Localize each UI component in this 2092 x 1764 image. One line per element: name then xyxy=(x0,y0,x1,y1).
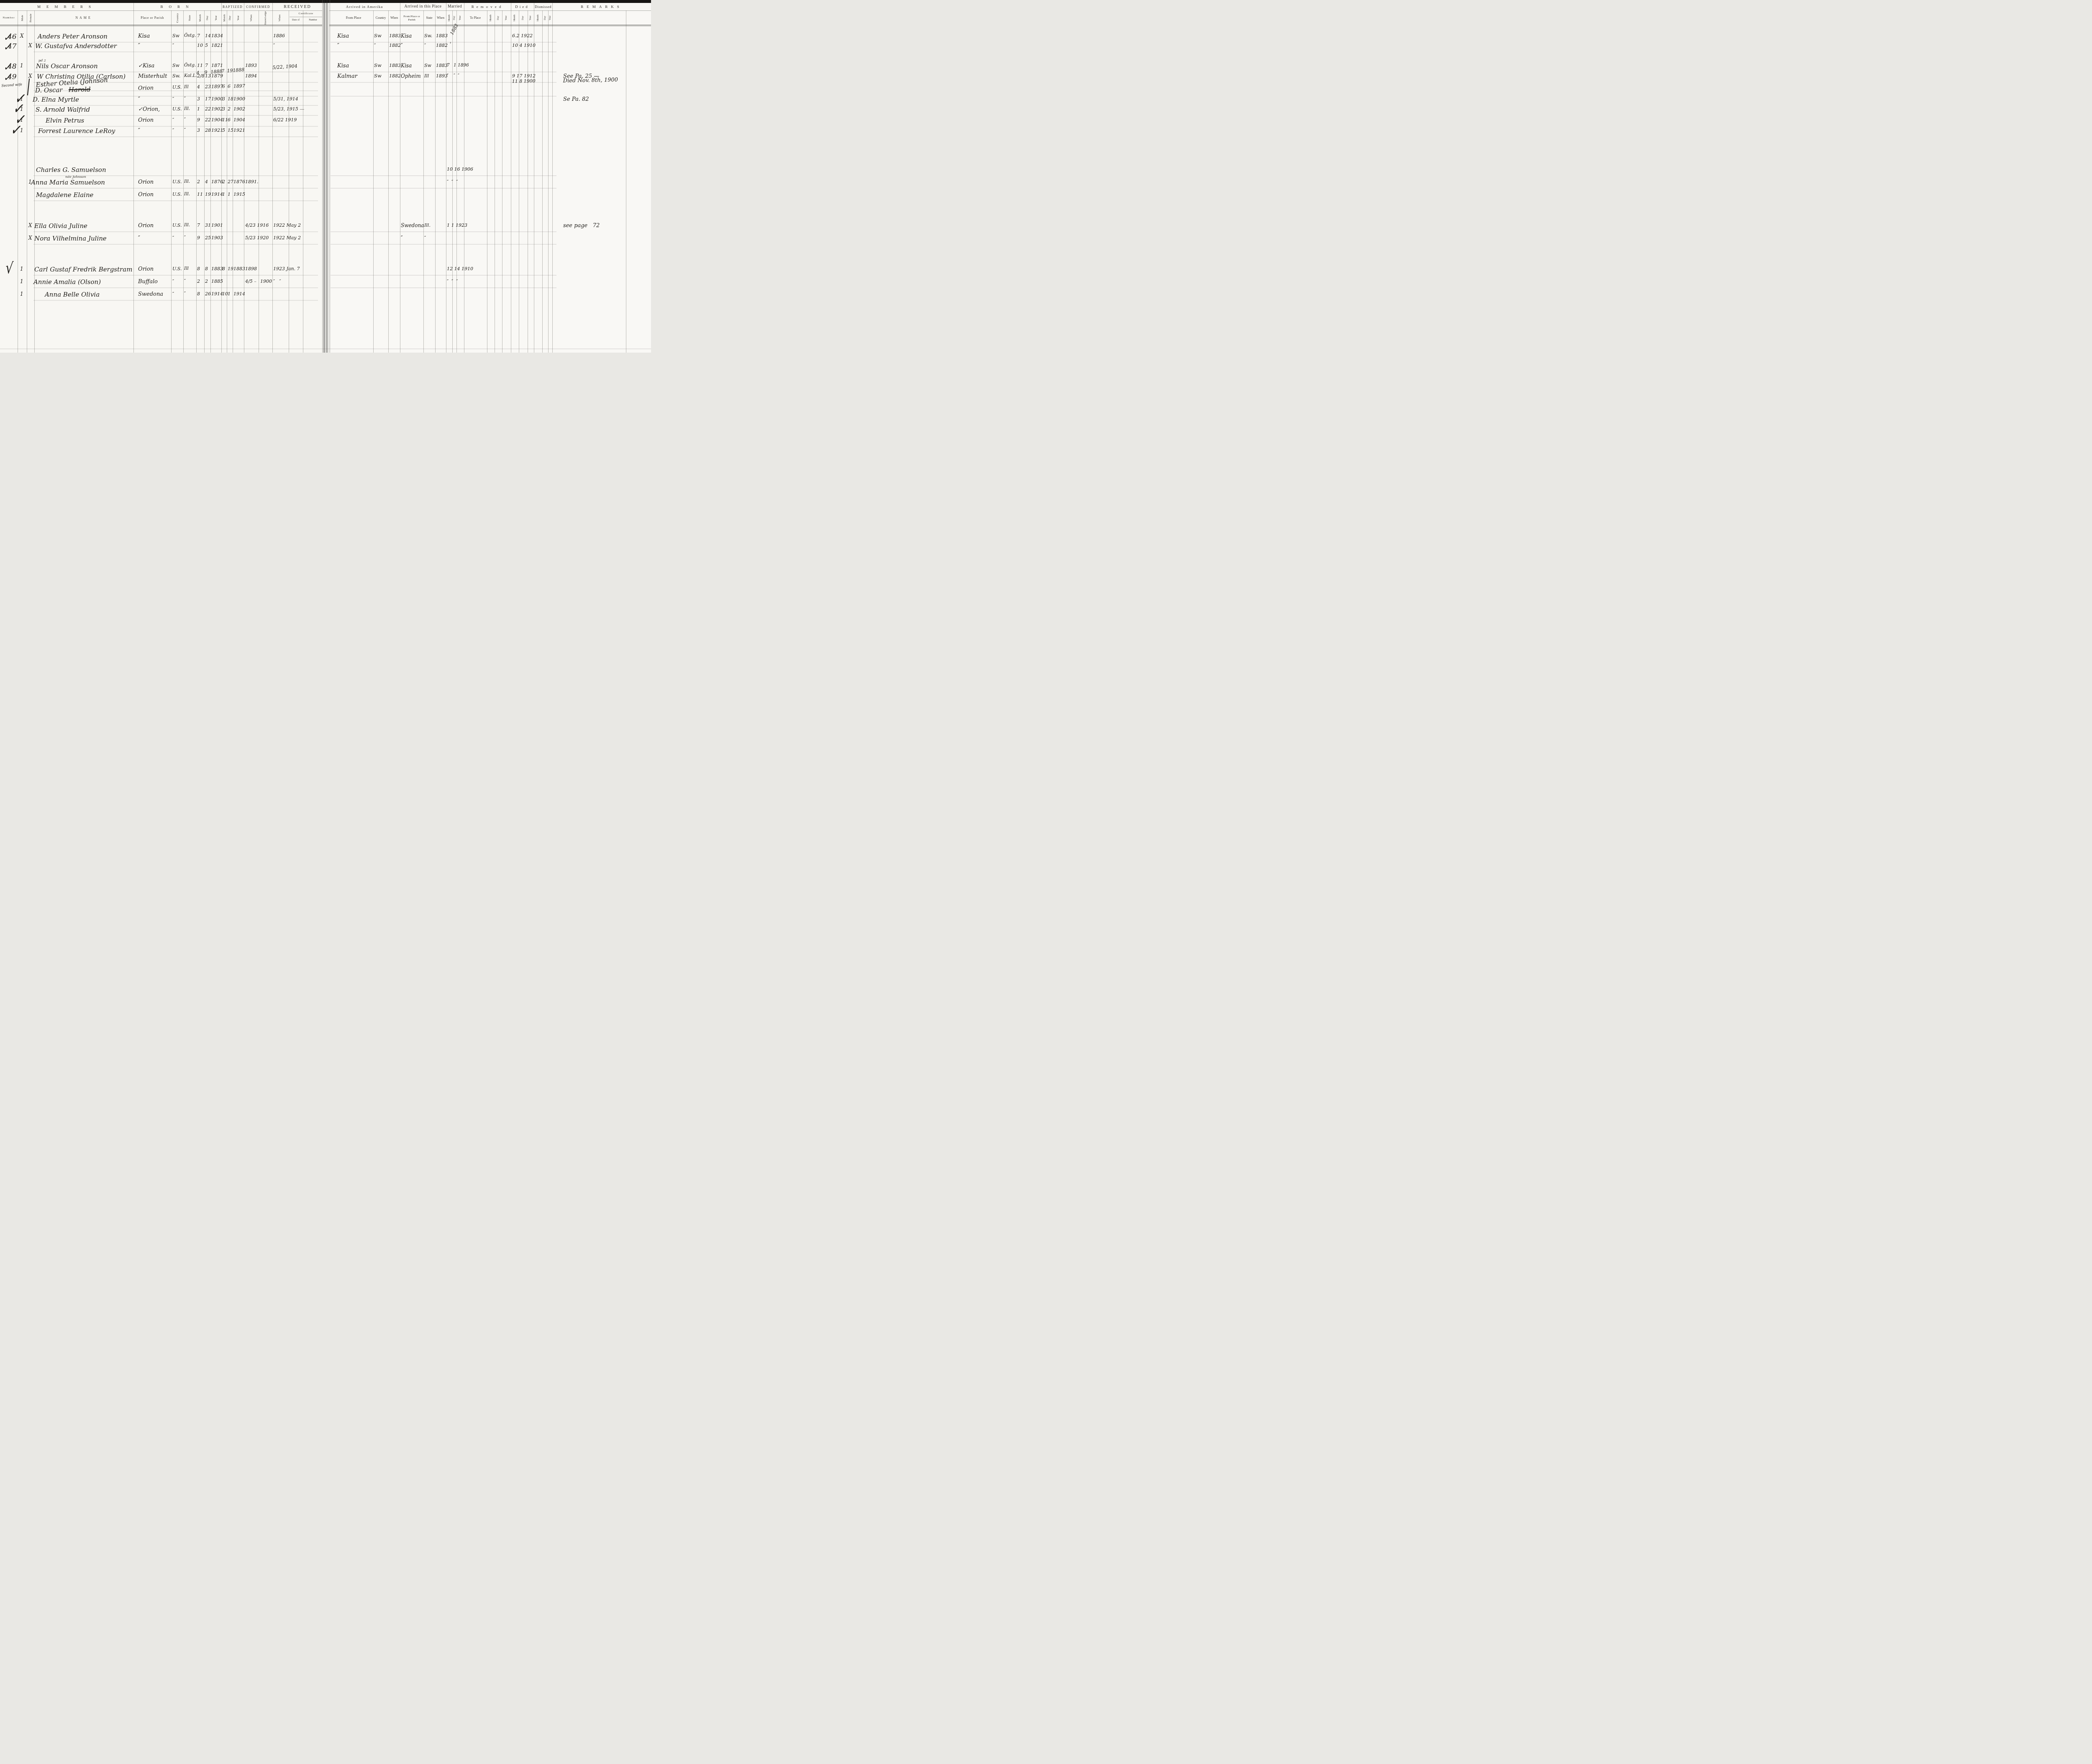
cell-name: S. Arnold Walfrid xyxy=(36,107,90,113)
cell-state: Ill. xyxy=(184,179,190,184)
cell-b_m: 4 xyxy=(197,84,200,89)
column-line xyxy=(511,3,511,10)
column-group-title: BORN xyxy=(160,5,194,9)
cell-country: Sw xyxy=(172,33,179,38)
column-header-day: Day xyxy=(522,16,524,20)
cell-conf_knowledge: 1900 xyxy=(260,279,272,284)
cell-b_y: 1902 xyxy=(211,107,223,111)
cell-remarks: Se Pa. 82 xyxy=(563,97,589,102)
cell-country: ″ xyxy=(172,279,174,284)
cell-country: U.S. xyxy=(172,85,182,90)
cell-state: ″ xyxy=(184,97,186,101)
cell-name: Anna Maria Samuelson xyxy=(31,179,105,186)
column-header-place: Place or Parish xyxy=(141,16,164,20)
cell-conf_when: 4/23 1916 xyxy=(245,223,269,228)
cell-name: Forrest Laurence LeRoy xyxy=(38,128,115,134)
cell-bp_m: 8 xyxy=(222,266,225,271)
column-header-year: Year xyxy=(215,15,218,20)
column-header-when: When xyxy=(249,15,253,22)
cell-check: √ xyxy=(5,260,14,277)
cell-female: X xyxy=(28,223,32,228)
cell-b_m: 8 xyxy=(197,292,200,296)
header-rule xyxy=(329,25,651,26)
cell-name: D. Elna Myrtle xyxy=(33,97,79,103)
cell-name: Nils Oscar Aronson xyxy=(36,63,98,69)
ledger-row: XElla Olivia JulineOrionU.S.Ill.73119014… xyxy=(0,223,651,233)
cell-country: ″ xyxy=(172,43,174,48)
column-header-year: Year xyxy=(529,15,532,20)
header-rule xyxy=(329,26,651,26)
cell-mar_m: ″ xyxy=(447,74,449,78)
cell-name: Ella Olivia Juline xyxy=(34,223,87,229)
cell-check: ✓ xyxy=(10,121,21,138)
column-header-female: Female xyxy=(29,14,32,23)
cell-bp_d: 27 xyxy=(228,179,233,184)
cell-mar_y: ″ xyxy=(458,74,459,78)
column-header-from_place: From Place xyxy=(346,16,361,20)
cell-male: 1 xyxy=(20,266,23,271)
cell-b_d: 2 xyxy=(205,279,208,284)
column-header-month: Month xyxy=(490,15,492,21)
cell-b_d: 4 xyxy=(205,179,208,184)
cell-male: X xyxy=(20,33,24,38)
cell-mar_full: 12 14 1910 xyxy=(447,266,473,271)
cell-am_from: Kisa xyxy=(337,33,349,39)
cell-am_when: 1883 xyxy=(389,33,401,38)
column-header-day: Day xyxy=(544,16,546,20)
ledger-row: √1Carl Gustaf Fredrik BergstramOrionU.S.… xyxy=(0,266,651,277)
ledger-row: XNora Vilhelmina Juline″″″92519035/23 19… xyxy=(0,236,651,246)
cell-place: Orion xyxy=(138,118,154,123)
cell-b_y: 1871 xyxy=(211,63,223,68)
cell-number: 48 xyxy=(8,63,17,70)
cell-conf_when: 4/5 – xyxy=(245,279,256,284)
column-header-month: Month xyxy=(199,14,202,21)
bottom-rule xyxy=(0,348,651,349)
cell-country: ″ xyxy=(172,118,174,122)
cell-rec_when: ″ xyxy=(273,43,275,48)
cell-b_d: 25 xyxy=(205,236,211,240)
cell-am_from: ″ xyxy=(337,43,339,49)
cell-pl_when: 1893 xyxy=(436,74,448,78)
cell-died: 11 8 1900 xyxy=(512,79,536,84)
cell-bp_y: 1888 xyxy=(233,67,245,73)
cell-pl_state: Ill xyxy=(424,74,429,78)
column-group-title: Arrived in this Place xyxy=(405,5,442,9)
cell-bp_y: 1900 xyxy=(233,97,245,101)
cell-name_super: née Johnson xyxy=(65,175,86,179)
cell-am_country: Sw xyxy=(374,33,382,38)
cell-state: ″ xyxy=(184,118,186,122)
column-header-day: Day xyxy=(497,16,500,20)
cell-b_d: 7 xyxy=(205,63,208,68)
column-group-title: MEMBERS xyxy=(37,5,97,9)
column-header-when: When xyxy=(437,16,444,20)
certificate-underline xyxy=(290,17,322,17)
cell-name: Annie Amalia (Olson) xyxy=(33,279,101,285)
column-line xyxy=(446,3,446,10)
cell-b_m: 1 xyxy=(197,107,200,111)
cell-state: Östg. xyxy=(184,63,196,68)
cell-rec_when: 1922 May 2 xyxy=(273,236,301,240)
cell-rec_when: 5/23, 1915 — xyxy=(273,107,304,111)
cell-place: ″ xyxy=(138,236,140,241)
column-header-month: Month xyxy=(513,15,516,21)
cell-state: Ill xyxy=(184,266,189,271)
cell-state: Ill xyxy=(184,85,189,90)
column-header-year: Year xyxy=(237,15,240,20)
cell-place: Orion xyxy=(138,179,154,185)
cell-state: Ill. xyxy=(184,192,190,197)
cell-mar_full: ″ ″ ″ xyxy=(447,279,458,284)
column-group-title: REMARKS xyxy=(581,5,623,9)
cell-bp_y: 1904 xyxy=(233,118,245,122)
ledger-scan: MEMBERSBORNBAPTIZEDCONFIRMEDRECEIVEDArri… xyxy=(0,0,651,353)
cell-pl_when: 1882 xyxy=(436,43,448,48)
cell-b_m: 2 xyxy=(197,279,200,284)
cell-b_y: 1914 xyxy=(211,292,223,296)
cell-b_m: 4 xyxy=(196,71,200,75)
cell-bp_d: 6 xyxy=(228,84,231,89)
cell-bp_d: 2 xyxy=(228,107,231,111)
cell-b_m: 7 xyxy=(197,33,200,38)
cell-pl_from: Opheim xyxy=(401,74,421,79)
cell-bp_m: 7 xyxy=(221,69,225,73)
cell-place: Buffalo xyxy=(138,279,158,284)
cell-male: 1 xyxy=(20,128,23,133)
cell-state: Ill. xyxy=(184,107,190,111)
cell-pl_from: ″ xyxy=(401,43,403,48)
cell-pl_from: Swedona xyxy=(401,223,424,228)
cell-state: ″ xyxy=(184,128,186,133)
column-group-title: Married xyxy=(448,5,462,9)
cell-male: 1 xyxy=(20,63,23,68)
cell-name: Elvin Petrus xyxy=(46,118,84,124)
cell-mar_full: ″ ″ ″ xyxy=(447,179,458,184)
column-header-number: Number xyxy=(3,16,15,19)
cell-b_d: 28 xyxy=(205,128,211,133)
cell-b_y: 1914 xyxy=(211,192,223,197)
column-header-to_place: To Place xyxy=(470,16,481,20)
cell-name: Anna Belle Olivia xyxy=(45,292,100,298)
cell-name: Anders Peter Aronson xyxy=(38,33,108,40)
cell-place: Orion xyxy=(138,85,154,91)
cell-pl_when: 1883 xyxy=(436,33,448,38)
header-rule xyxy=(0,26,322,26)
cell-state: ″ xyxy=(184,279,186,284)
column-group-title: Removed xyxy=(472,5,504,9)
cell-pl_from: Kisa xyxy=(401,33,412,38)
column-line xyxy=(464,3,464,10)
cell-died: 6.2 1922 xyxy=(512,33,533,38)
cell-conf_when: 1891. xyxy=(245,179,259,184)
cell-bp_m: 1 xyxy=(222,192,225,197)
cell-state: ″ xyxy=(184,236,186,240)
cell-bp_m: 3 xyxy=(222,107,225,111)
cell-bp_d: 6 xyxy=(228,118,231,122)
cell-place: ✓Kisa xyxy=(138,63,154,69)
cell-bp_d: 15 xyxy=(228,128,233,133)
cell-bp_y: 1915 xyxy=(233,192,245,197)
column-line xyxy=(133,3,134,10)
cell-conf_when: 1898 xyxy=(245,266,257,271)
cell-pl_from: ″ xyxy=(401,236,403,241)
column-group-title: Died xyxy=(515,5,529,9)
column-header-month: Month xyxy=(448,15,451,21)
cell-pl_state: Ill. xyxy=(424,223,431,228)
column-line xyxy=(272,3,273,10)
cell-country: ″ xyxy=(172,97,174,101)
column-header-name: NAME xyxy=(75,16,92,20)
cell-b_d: 22 xyxy=(205,118,211,122)
cell-country: U.S. xyxy=(172,107,182,111)
column-header-day: Day xyxy=(228,16,231,20)
cell-b_y: 1885 xyxy=(211,279,223,284)
cell-bp_m: 5 xyxy=(222,128,225,133)
cell-place: ″ xyxy=(138,128,140,133)
cell-b_y: 1834 xyxy=(211,33,223,38)
cell-name_strike: Harold xyxy=(69,87,91,93)
column-header-country: Country xyxy=(376,16,386,20)
cell-place: Orion xyxy=(138,266,154,272)
cell-b_m: 9 xyxy=(197,236,200,240)
cell-name: W. Gustafva Andersdotter xyxy=(35,43,117,49)
cell-b_d: 8 xyxy=(205,266,208,271)
cell-bp_d: 1 xyxy=(228,292,231,296)
column-header-month: Month xyxy=(223,14,226,21)
cell-b_m: 10 xyxy=(197,43,203,48)
cell-b_d: 31 xyxy=(205,223,211,228)
cell-country: U.S. xyxy=(172,192,182,197)
cell-state: Ill. xyxy=(184,223,190,228)
ledger-row: ✓1Elvin PetrusOrion″″922190411619046/22 … xyxy=(0,118,651,128)
cell-b_d: 19 xyxy=(205,192,211,197)
cell-state: ″ xyxy=(184,292,186,296)
cell-name: D. Oscar xyxy=(35,87,63,94)
ledger-row: ✓1Forrest Laurence LeRoy″″″3281921515192… xyxy=(0,128,651,138)
cell-b_m: 3 xyxy=(197,128,200,133)
column-header-date_of: Date of xyxy=(292,19,300,21)
column-line xyxy=(534,3,534,10)
cell-bp_d: 18 xyxy=(228,97,233,101)
cell-rec_when: 1923 Jan. 7 xyxy=(273,266,300,271)
column-header-year: Year xyxy=(549,15,551,20)
cell-bp_d: 19 xyxy=(228,266,233,271)
cell-b_y: 1904 xyxy=(211,118,223,122)
cell-bp_y: 1921 xyxy=(233,128,245,133)
cell-rec_when: 1886 xyxy=(273,33,285,38)
cell-b_d: 23 xyxy=(205,84,211,89)
column-line xyxy=(400,3,400,10)
cell-b_y: 1876 xyxy=(211,179,223,184)
cell-b_m: 11 xyxy=(197,63,203,68)
column-header-from_place_or_parish: From Place or Parish xyxy=(401,15,422,21)
cell-female: X xyxy=(28,74,32,79)
cell-bp_d: 19 xyxy=(227,68,233,73)
cell-b_y: 1883 xyxy=(211,266,223,271)
cell-place: Orion xyxy=(138,223,154,228)
cell-bp_y: 1876 xyxy=(233,179,245,184)
cell-bp_m: 10 xyxy=(222,292,228,296)
cell-am_when: 1882 xyxy=(389,43,401,48)
cell-country: U.S. xyxy=(172,179,182,184)
ledger-row: 1Annie Amalia (Olson)Buffalo″″2218854/5 … xyxy=(0,279,651,289)
column-header-day: Day xyxy=(453,16,456,20)
cell-place: ″ xyxy=(138,97,140,102)
cell-mar_full: 1 1 1923 xyxy=(447,223,467,228)
cell-name: Carl Gustaf Fredrik Bergstram xyxy=(34,266,132,273)
column-line xyxy=(244,3,244,10)
header-rule xyxy=(329,10,651,11)
cell-b_y: 1903 xyxy=(211,236,223,240)
column-header-state: State xyxy=(188,15,191,21)
cell-pl_state: Sw. xyxy=(424,33,432,38)
cell-b_d: 5 xyxy=(205,43,208,48)
column-header-male: Male xyxy=(21,15,24,21)
cell-remarks: see page 72 xyxy=(563,223,600,228)
cell-number: 49 xyxy=(8,74,17,81)
column-group-title: RECEIVED xyxy=(284,5,311,9)
cell-bp_m: 2 xyxy=(222,179,225,184)
cell-bp_y: 1914 xyxy=(233,292,245,296)
cell-place: Orion xyxy=(138,192,154,197)
column-header-month: Month xyxy=(537,15,539,21)
cell-bp_d: 1 xyxy=(228,192,231,197)
cell-rec_when: ″ ″ xyxy=(273,279,281,284)
cell-mar_y: 1896 xyxy=(458,63,469,68)
column-header-certificate: Certificate xyxy=(298,12,313,15)
cell-country: ″ xyxy=(172,128,174,133)
cell-b_y: 1821 xyxy=(211,43,223,48)
cell-male: 1 xyxy=(20,279,23,284)
cell-am_country: Sw xyxy=(374,74,382,79)
cell-am_when: 1882 xyxy=(389,74,401,78)
cell-b_d: 17 xyxy=(205,97,211,101)
cell-name_super: pd 2 xyxy=(38,59,46,62)
cell-bp_m: 3 xyxy=(222,97,225,101)
cell-am_from: Kalmar xyxy=(337,74,357,79)
column-line xyxy=(221,3,222,10)
cell-b_m: 11 xyxy=(197,192,203,197)
cell-b_m: 9 xyxy=(197,118,200,122)
cell-female: X xyxy=(28,236,32,241)
cell-b_d: 26 xyxy=(205,292,211,296)
cell-bp_y: 1883 xyxy=(233,266,245,271)
cell-country: ″ xyxy=(172,292,174,296)
cell-country: ″ xyxy=(172,236,174,240)
cell-place: ✓Orion, xyxy=(138,107,160,112)
ledger-row: ✓1S. Arnold Walfrid✓Orion,U.S.Ill.122190… xyxy=(0,107,651,117)
cell-mar_d: ″ xyxy=(454,74,455,78)
column-header-year: Year xyxy=(505,15,508,20)
cell-mar_full: 10 16 1906 xyxy=(447,167,473,172)
column-header-state: State xyxy=(426,16,433,20)
column-group-title: CONFIRMED xyxy=(246,5,270,9)
cell-mar_m: 7 xyxy=(447,63,450,68)
cell-name: Magdalene Elaine xyxy=(36,192,93,198)
ledger-row: Charles G. Samuelson10 16 1906 xyxy=(0,167,651,177)
cell-name: Nora Vilhelmina Juline xyxy=(34,236,107,242)
column-header-day: Day xyxy=(206,16,209,20)
cell-bp_y: 1902 xyxy=(233,107,245,111)
cell-mar_d: 1 xyxy=(454,63,456,68)
cell-margin_note: Second wife xyxy=(1,83,22,87)
ledger-row: ✓1D. Elna Myrtle″″″317190031819005/31, 1… xyxy=(0,97,651,107)
cell-bp_m: 11 xyxy=(222,118,228,122)
cell-b_d: 14 xyxy=(205,33,211,38)
cell-female: X xyxy=(28,43,32,48)
cell-country: U.S. xyxy=(172,223,182,228)
cell-b_m: 2 xyxy=(197,179,200,184)
cell-am_country: ″ xyxy=(374,43,376,48)
ledger-row: 1Anna Maria Samuelsonnée JohnsonOrionU.S… xyxy=(0,179,651,189)
cell-male: 1 xyxy=(20,292,23,297)
cell-b_y: 1921 xyxy=(211,128,223,133)
cell-conf_when: 5/23 1920 xyxy=(245,236,269,240)
header-rule xyxy=(0,10,322,11)
scan-top-edge xyxy=(0,0,651,3)
cell-b_m: 8 xyxy=(197,266,200,271)
cell-number: 47 xyxy=(8,43,17,50)
cell-b_y: 1888 xyxy=(210,69,223,74)
cell-died: 9 17 1912 xyxy=(512,74,536,78)
ledger-row: Magdalene ElaineOrionU.S.Ill.11191914111… xyxy=(0,192,651,202)
cell-place: Kisa xyxy=(138,33,150,39)
cell-b_d: 22 xyxy=(205,107,211,111)
cell-rec_when: 5/31, 1914 xyxy=(273,97,298,101)
cell-bp_y: 1897 xyxy=(233,84,245,88)
column-group-title: BAPTIZED xyxy=(223,5,243,9)
cell-b_m: 3 xyxy=(197,97,200,101)
column-header-cert_number: Number xyxy=(309,19,317,21)
column-header-knowledge: Knowl-edge xyxy=(264,11,267,25)
cell-place: Swedona xyxy=(138,292,163,297)
cell-b_d: 9 xyxy=(204,70,208,74)
cell-country: Sw xyxy=(172,63,179,68)
cell-rec_when: 1922 May 2 xyxy=(273,223,301,228)
column-group-title: Arrived in Amerika xyxy=(346,5,383,9)
cell-pl_state: ″ xyxy=(424,236,426,240)
column-header-when: When xyxy=(278,15,281,22)
header-rule xyxy=(0,25,322,26)
cell-number: 46 xyxy=(8,33,17,41)
column-group-title: Dismissed xyxy=(535,5,551,9)
cell-name: Charles G. Samuelson xyxy=(36,167,106,173)
ledger-row: 1Anna Belle OliviaSwedona″″8261914101191… xyxy=(0,292,651,302)
cell-rec_when: 5/22, 1904 xyxy=(272,64,297,70)
column-header-country: Country xyxy=(176,13,179,23)
cell-state: Östg. xyxy=(184,33,196,38)
column-line xyxy=(552,3,553,10)
column-header-year: Year xyxy=(459,15,461,20)
cell-bp_m: 6 xyxy=(222,84,225,89)
cell-b_y: 1900 xyxy=(211,97,223,101)
cell-remarks: Died Nov. 8th, 1900 xyxy=(563,77,618,84)
column-header-when: When xyxy=(390,16,398,20)
cell-b_y: 1897 xyxy=(211,84,223,89)
cell-rec_when: 6/22 1919 xyxy=(273,118,297,122)
cell-place: ″ xyxy=(138,43,140,49)
cell-country: U.S. xyxy=(172,266,182,271)
cell-b_y: 1901 xyxy=(211,223,223,228)
cell-b_m: 7 xyxy=(197,223,200,228)
cell-pl_state: ″ xyxy=(424,43,426,48)
